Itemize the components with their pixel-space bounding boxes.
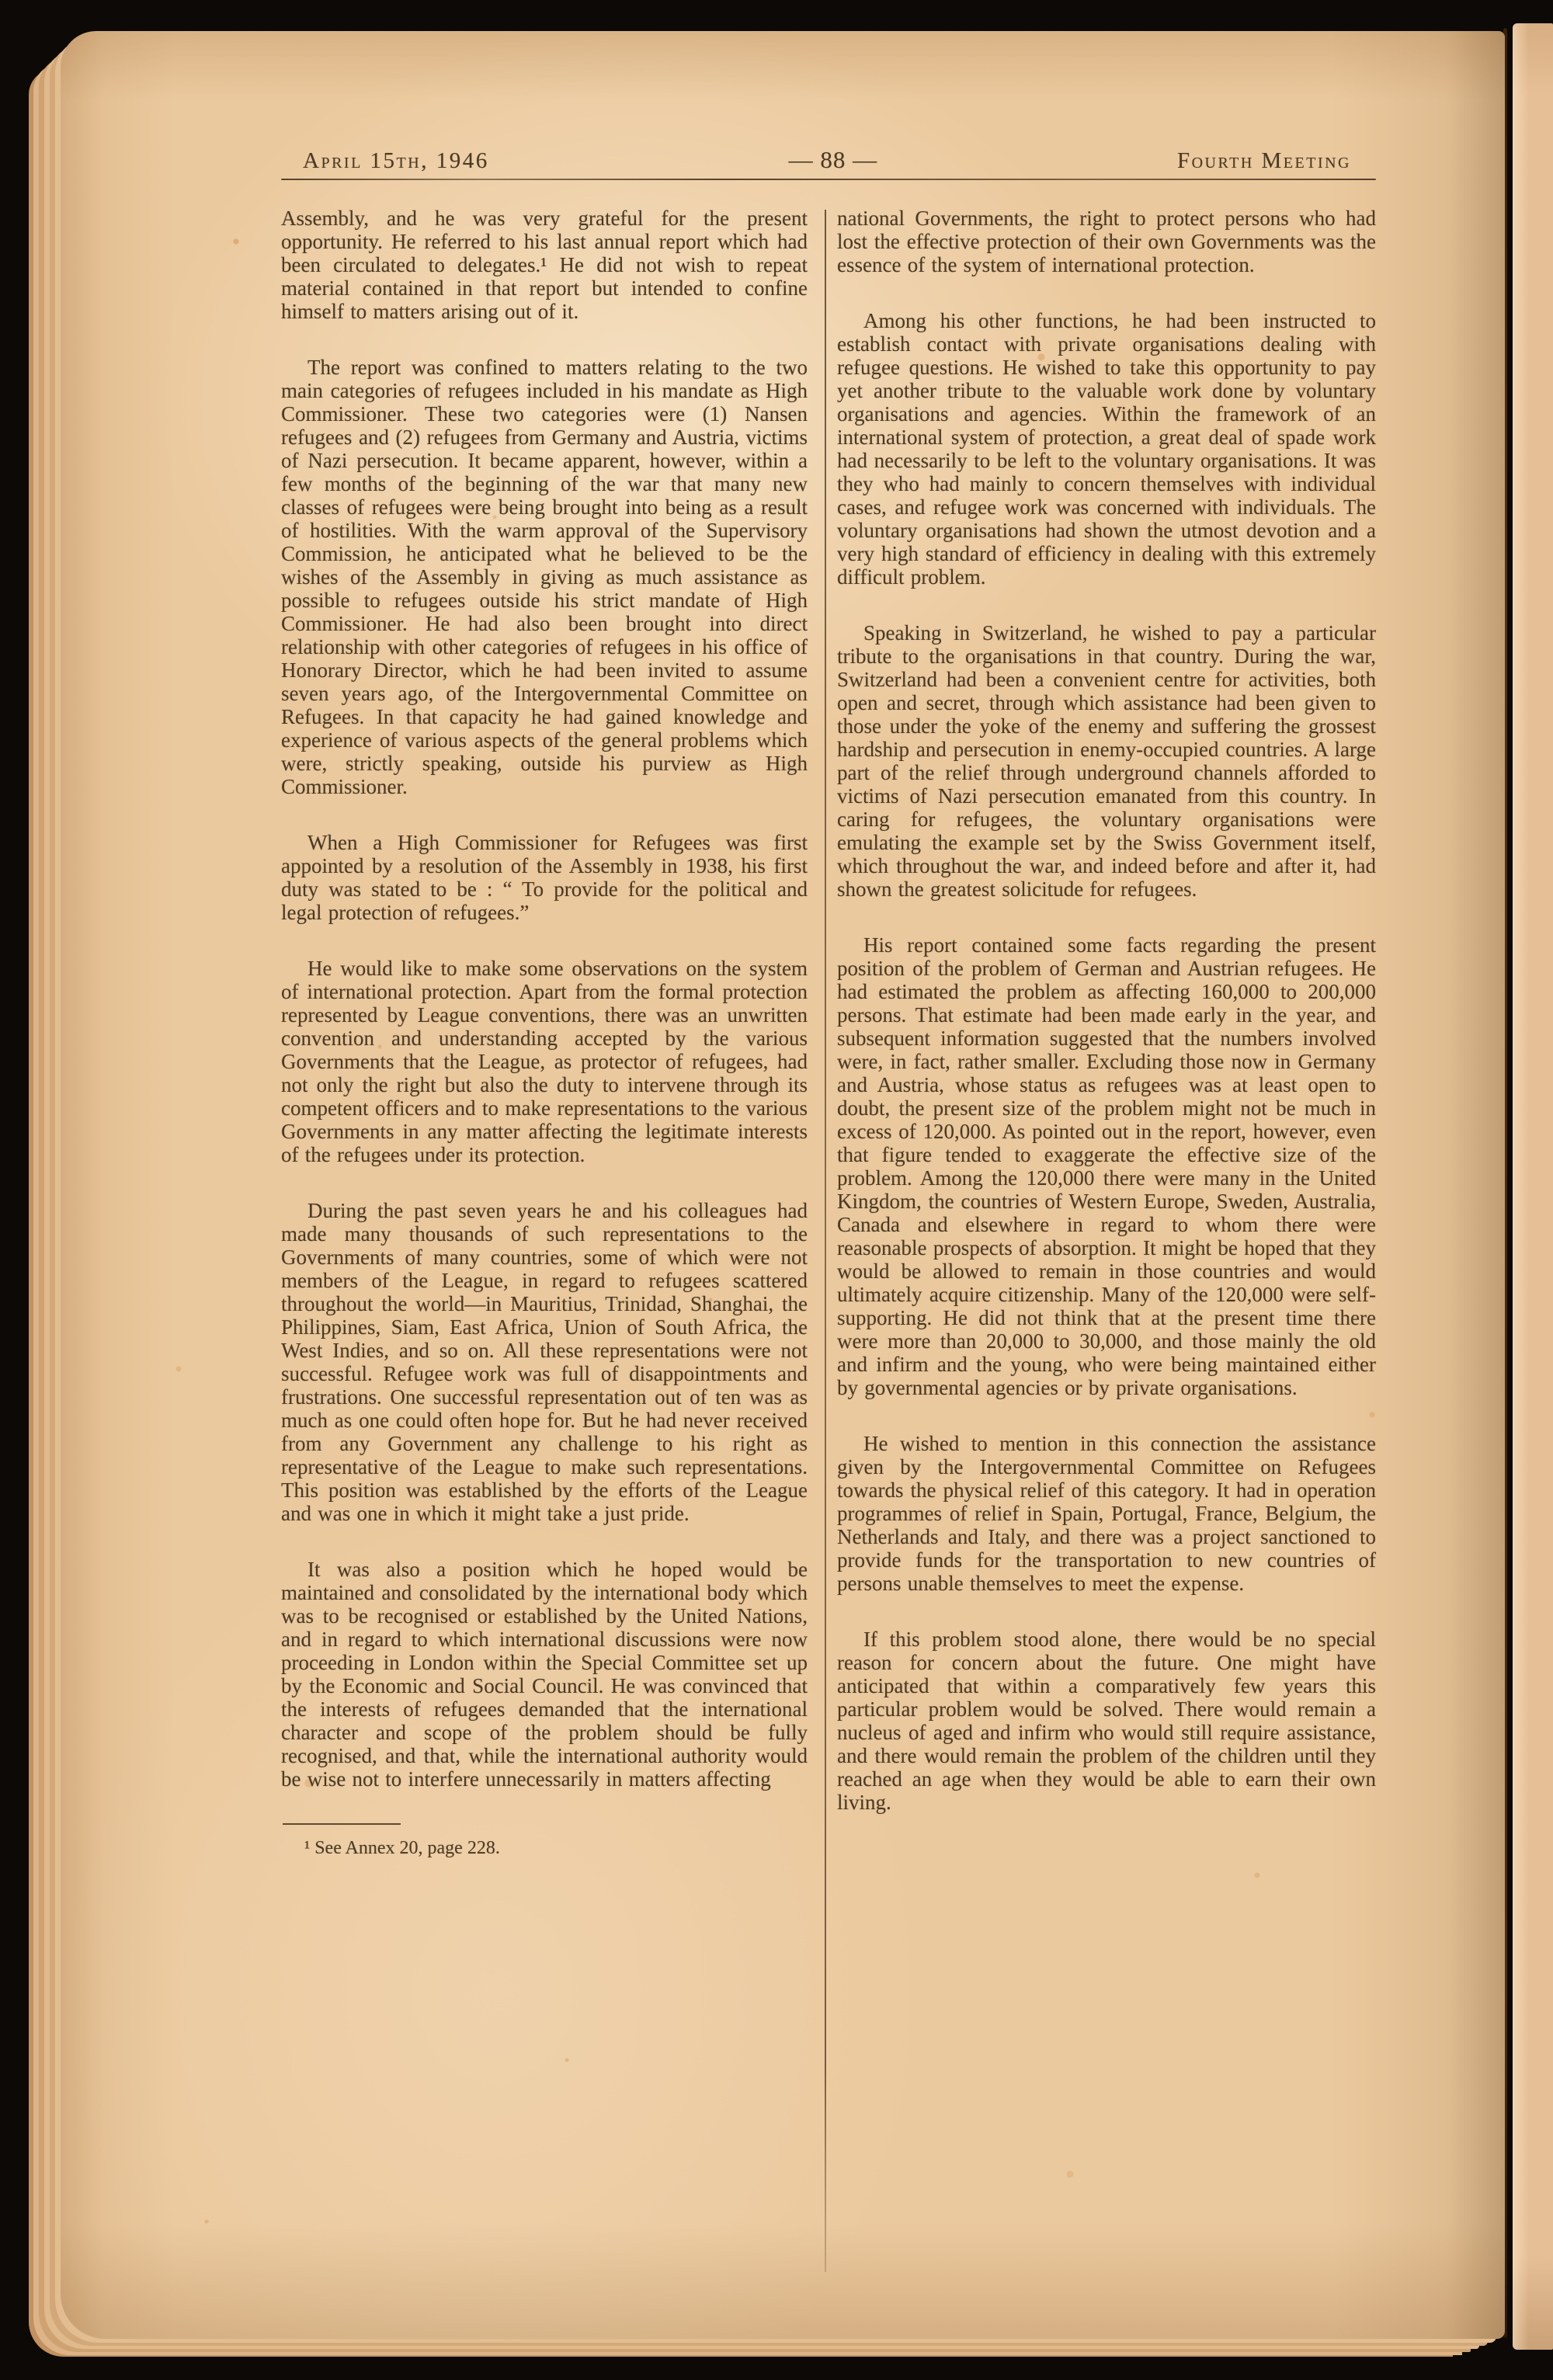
paragraph: If this problem stood alone, there would… [837, 1628, 1376, 1814]
footnote-text: ¹ See Annex 20, page 228. [281, 1837, 808, 1859]
paragraph: He wished to mention in this connection … [837, 1432, 1376, 1595]
scan-background: { "page": { "header": { "date": "April 1… [0, 0, 1553, 2380]
column-divider [825, 210, 826, 2272]
header-rule [281, 179, 1376, 180]
left-column: Assembly, and he was very grateful for t… [281, 207, 808, 1859]
paragraph: It was also a position which he hoped wo… [281, 1558, 808, 1791]
paragraph: His report contained some facts regardin… [837, 933, 1376, 1399]
paragraph: Speaking in Switzerland, he wished to pa… [837, 621, 1376, 901]
paragraph: The report was confined to matters relat… [281, 356, 808, 798]
footnote-rule [283, 1823, 401, 1825]
right-column: national Governments, the right to prote… [837, 207, 1376, 1847]
paragraph: He would like to make some observations … [281, 957, 808, 1166]
paragraph: Among his other functions, he had been i… [837, 309, 1376, 589]
paragraph: During the past seven years he and his c… [281, 1199, 808, 1525]
footnote-block: ¹ See Annex 20, page 228. [281, 1823, 808, 1859]
running-header: April 15th, 1946 — 88 — Fourth Meeting [281, 146, 1376, 174]
header-date: April 15th, 1946 [281, 148, 489, 174]
paragraph: When a High Commissioner for Refugees wa… [281, 831, 808, 924]
text-columns: Assembly, and he was very grateful for t… [281, 207, 1376, 1859]
paragraph: national Governments, the right to prote… [837, 207, 1376, 276]
header-meeting-title: Fourth Meeting [1177, 148, 1376, 174]
page-number: — 88 — [789, 146, 878, 174]
paragraph: Assembly, and he was very grateful for t… [281, 207, 808, 323]
facing-page-edge [1513, 23, 1553, 2350]
document-page: April 15th, 1946 — 88 — Fourth Meeting A… [61, 31, 1505, 2339]
